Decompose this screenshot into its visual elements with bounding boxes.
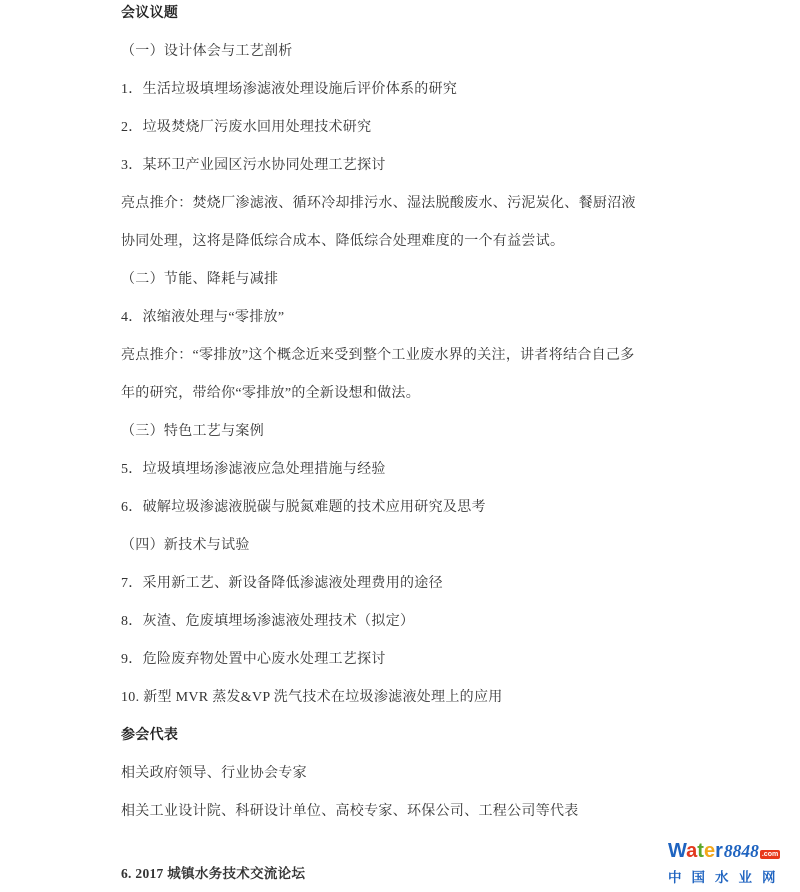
- section-3-heading: （三）特色工艺与案例: [121, 413, 741, 451]
- section-4-heading: （四）新技术与试验: [121, 527, 741, 565]
- agenda-item-6: 6．破解垃圾渗滤液脱碳与脱氮难题的技术应用研究及思考: [121, 489, 741, 527]
- document-page: 会议议题（一）设计体会与工艺剖析1．生活垃圾填埋场渗滤液处理设施后评价体系的研究…: [0, 0, 800, 892]
- agenda-item-4: 4．浓缩液处理与“零排放”: [121, 299, 741, 337]
- logo-letter: a: [686, 840, 697, 862]
- agenda-item-7: 7．采用新工艺、新设备降低渗滤液处理费用的途径: [121, 565, 741, 603]
- logo-letter: W: [668, 840, 686, 862]
- section-1-heading: （一）设计体会与工艺剖析: [121, 33, 741, 71]
- agenda-item-8: 8．灰渣、危废填埋场渗滤液处理技术（拟定）: [121, 603, 741, 641]
- section-2-heading: （二）节能、降耗与减排: [121, 261, 741, 299]
- logo-letter: e: [704, 840, 715, 862]
- highlight-note-line-4: 年的研究，带给你“零排放”的全新设想和做法。: [121, 375, 741, 413]
- logo-com-badge: .com: [760, 850, 780, 859]
- agenda-item-10: 10. 新型 MVR 蒸发&VP 洗气技术在垃圾渗滤液处理上的应用: [121, 679, 741, 717]
- highlight-note-line-3: 亮点推介：“零排放”这个概念近来受到整个工业废水界的关注，讲者将结合自己多: [121, 337, 741, 375]
- logo-top-line: Water 8848 .com: [668, 840, 798, 863]
- logo-letter: r: [715, 840, 723, 862]
- document-lines: 会议议题（一）设计体会与工艺剖析1．生活垃圾填埋场渗滤液处理设施后评价体系的研究…: [121, 0, 741, 831]
- agenda-item-3: 3．某环卫产业园区污水协同处理工艺探讨: [121, 147, 741, 185]
- agenda-item-2: 2．垃圾焚烧厂污废水回用处理技术研究: [121, 109, 741, 147]
- heading-agenda: 会议议题: [121, 0, 741, 33]
- heading-participants: 参会代表: [121, 717, 741, 755]
- participants-line-1: 相关政府领导、行业协会专家: [121, 755, 741, 793]
- logo-8848-number: 8848: [724, 841, 759, 862]
- highlight-note-line-2: 协同处理，这将是降低综合成本、降低综合处理难度的一个有益尝试。: [121, 223, 741, 261]
- logo-letter: t: [697, 840, 704, 862]
- agenda-item-1: 1．生活垃圾填埋场渗滤液处理设施后评价体系的研究: [121, 71, 741, 109]
- agenda-item-5: 5．垃圾填埋场渗滤液应急处理措施与经验: [121, 451, 741, 489]
- agenda-item-9: 9．危险废弃物处置中心废水处理工艺探讨: [121, 641, 741, 679]
- water8848-logo[interactable]: Water 8848 .com 中国水业网: [668, 840, 798, 886]
- participants-line-2: 相关工业设计院、科研设计单位、高校专家、环保公司、工程公司等代表: [121, 793, 741, 831]
- highlight-note-line-1: 亮点推介：焚烧厂渗滤液、循环冷却排污水、湿法脱酸废水、污泥炭化、餐厨沼液: [121, 185, 741, 223]
- logo-water-word: Water: [668, 840, 723, 863]
- footer-title: 6. 2017 城镇水务技术交流论坛: [121, 862, 305, 882]
- logo-chinese-name: 中国水业网: [668, 866, 798, 886]
